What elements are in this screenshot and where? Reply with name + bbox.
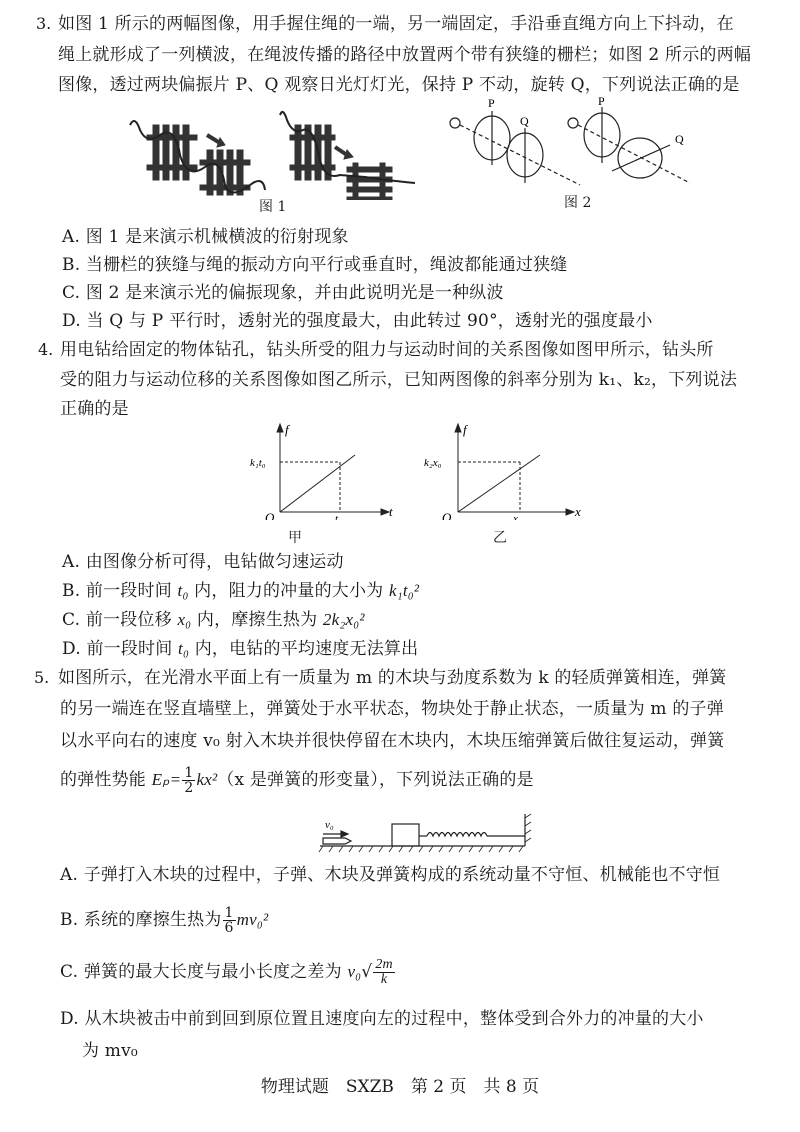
page-footer: 物理试题 SXZB 第 2 页 共 8 页 [0,1072,800,1097]
stem-line: 绳上就形成了一列横波，在绳波传播的路径中放置两个带有狭缝的栅栏；如图 2 所示的… [58,44,751,66]
question-number: 3. [36,13,51,35]
stem-line: 正确的是 [60,398,129,420]
option-a: A. 由图像分析可得，电钻做匀速运动 [62,551,344,573]
option-c: C. 前一段位移 x₀ 内，摩擦生热为 2k₂x₀² [62,609,365,631]
stem-line: 如图所示，在光滑水平面上有一质量为 m 的木块与劲度系数为 k 的轻质弹簧相连，… [58,667,726,689]
sqrt-expression: √2mk [361,958,396,987]
figure-1-caption: 图 1 [259,196,286,216]
label-q: Q [520,114,529,128]
option-d: D. 前一段时间 t₀ 内，电钻的平均速度无法算出 [62,638,418,660]
origin-label: O [442,510,452,520]
option-c: C. 图 2 是来演示光的偏振现象，并由此说明光是一种纵波 [62,282,504,304]
stem-line: 如图 1 所示的两幅图像，用手握住绳的一端，另一端固定，手沿垂直绳方向上下抖动，… [58,13,734,35]
option-a: A. 图 1 是来演示机械横波的衍射现象 [62,226,349,248]
stem-formula-line: 的弹性势能 Eₚ=12kx²（x 是弹簧的形变量），下列说法正确的是 [60,766,534,795]
option-d: D. 从木块被击中前到回到原位置且速度向左的过程中，整体受到合外力的冲量的大小 [60,1008,704,1030]
figure-2-caption: 图 2 [564,192,591,212]
x-mark: t₀ [335,513,342,520]
graph-yi: f x O k₂x₀ x₀ [420,420,585,520]
option-c: C. 弹簧的最大长度与最小长度之差为 v₀√2mk [60,958,396,987]
stem-line: 受的阻力与运动位移的关系图像如图乙所示，已知两图像的斜率分别为 k₁、k₂，下列… [60,369,737,391]
label-p: P [598,94,605,108]
y-mark: k₂x₀ [424,457,442,469]
figure-2-polarizers: P Q P Q [440,93,710,193]
graph-jia: f t O k₁t₀ t₀ [245,420,395,520]
y-axis-label: f [285,422,291,437]
stem-line: 用电钻给固定的物体钻孔，钻头所受的阻力与运动时间的关系图像如图甲所示，钻头所 [60,339,714,361]
origin-label: O [265,510,275,520]
y-axis-label: f [463,422,469,437]
y-mark: k₁t₀ [250,457,266,469]
graph-yi-caption: 乙 [493,527,507,547]
option-b: B. 系统的摩擦生热为16mv₀² [60,906,268,935]
question-number: 4. [38,339,53,361]
figure-1-rope-fences [125,105,415,200]
stem-line: 以水平向右的速度 v₀ 射入木块并很快停留在木块内，木块压缩弹簧后做往复运动，弹… [60,730,724,752]
graph-jia-caption: 甲 [288,527,302,547]
question-number: 5. [34,667,49,689]
stem-line: 的另一端连在竖直墙壁上，弹簧处于水平状态，物块处于静止状态，一质量为 m 的子弹 [60,698,724,720]
spring-block-figure: v₀ [315,812,540,857]
option-b: B. 前一段时间 t₀ 内，阻力的冲量的大小为 k₁t₀² [62,580,419,602]
option-d: D. 当 Q 与 P 平行时，透射光的强度最大，由此转过 90°，透射光的强度最… [62,310,653,332]
option-a: A. 子弹打入木块的过程中，子弹、木块及弹簧构成的系统动量不守恒、机械能也不守恒 [60,864,720,886]
x-axis-label: t [389,504,393,519]
x-mark: x₀ [512,513,522,520]
velocity-label: v₀ [325,819,334,831]
option-d-continued: 为 mv₀ [82,1040,138,1062]
label-q: Q [675,132,684,146]
option-b: B. 当栅栏的狭缝与绳的振动方向平行或垂直时，绳波都能通过狭缝 [62,254,568,276]
label-p: P [488,96,495,110]
x-axis-label: x [574,504,581,519]
